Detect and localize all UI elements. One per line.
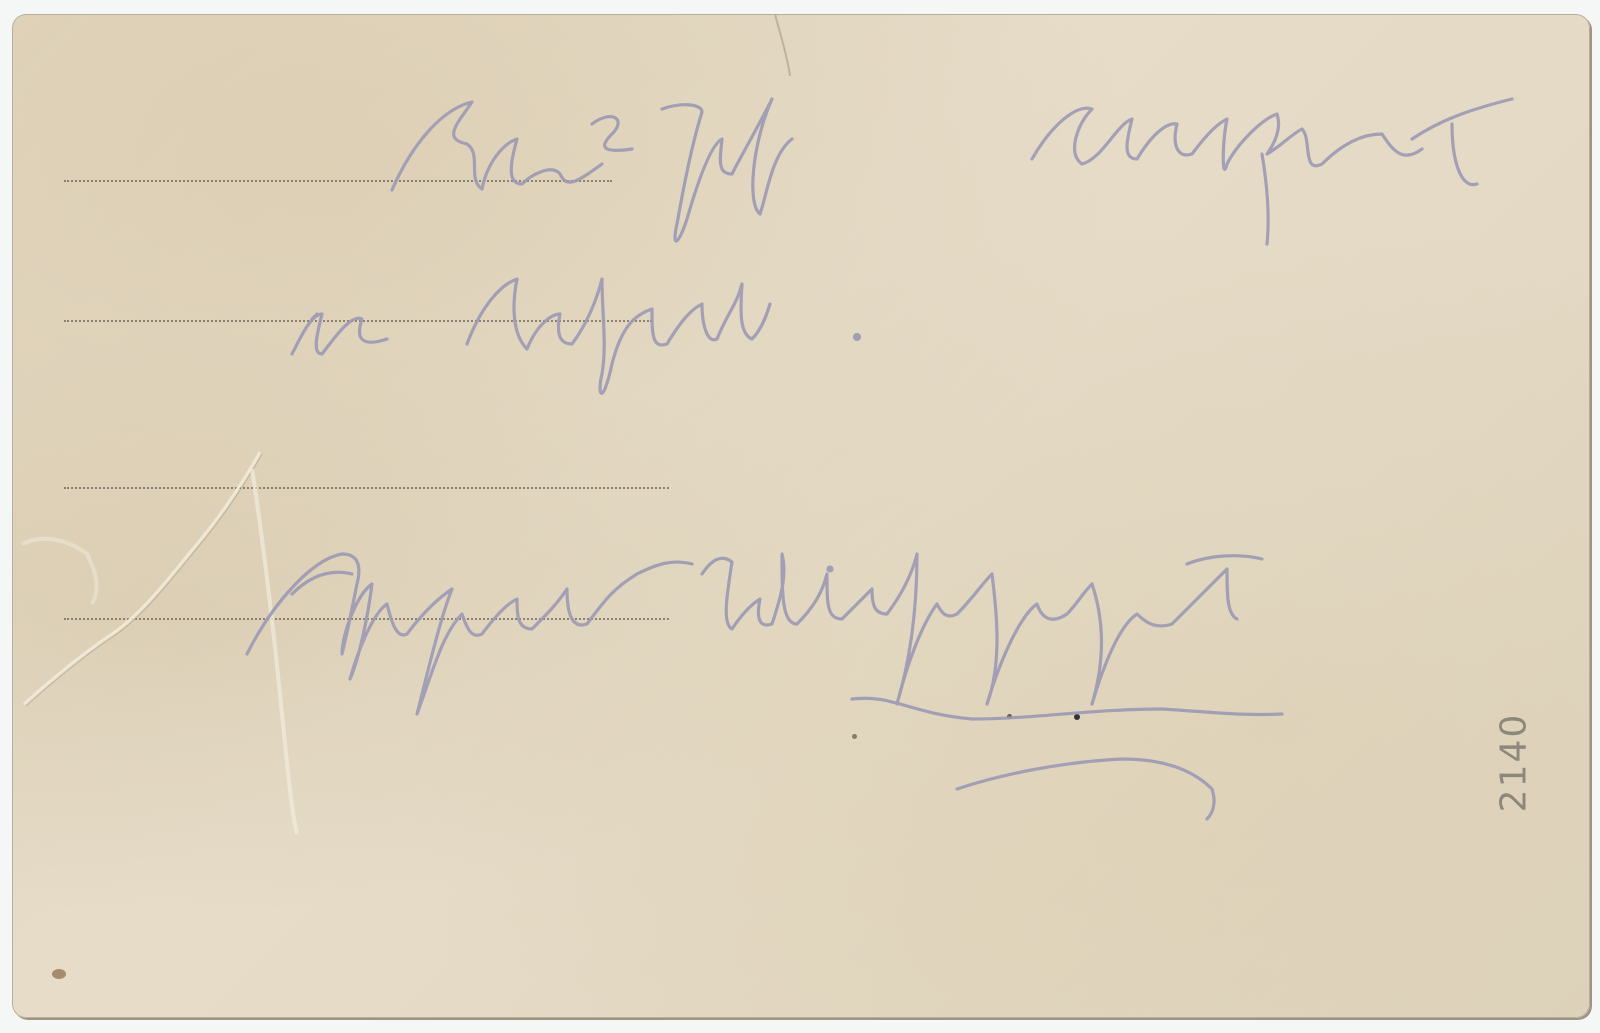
handwritten-line-1: Über 2 Jahr Lehrerschaft [402,124,914,170]
stain-spot [852,734,857,739]
postcard-back: Über 2 Jahr Lehrerschaft in Rostock. Sch… [12,14,1590,1018]
address-line-1 [64,180,612,182]
scanned-postcard: Über 2 Jahr Lehrerschaft in Rostock. Sch… [0,0,1600,1033]
archive-number: 2140 [1494,713,1535,813]
stain-spot [1007,714,1012,719]
handwritten-line-3: Schneiders Silberhochzeit [252,584,784,630]
stain-spot [52,969,66,979]
address-line-3 [64,487,669,489]
stain-spot [1074,714,1080,720]
handwritten-line-2: in Rostock. [292,304,518,350]
